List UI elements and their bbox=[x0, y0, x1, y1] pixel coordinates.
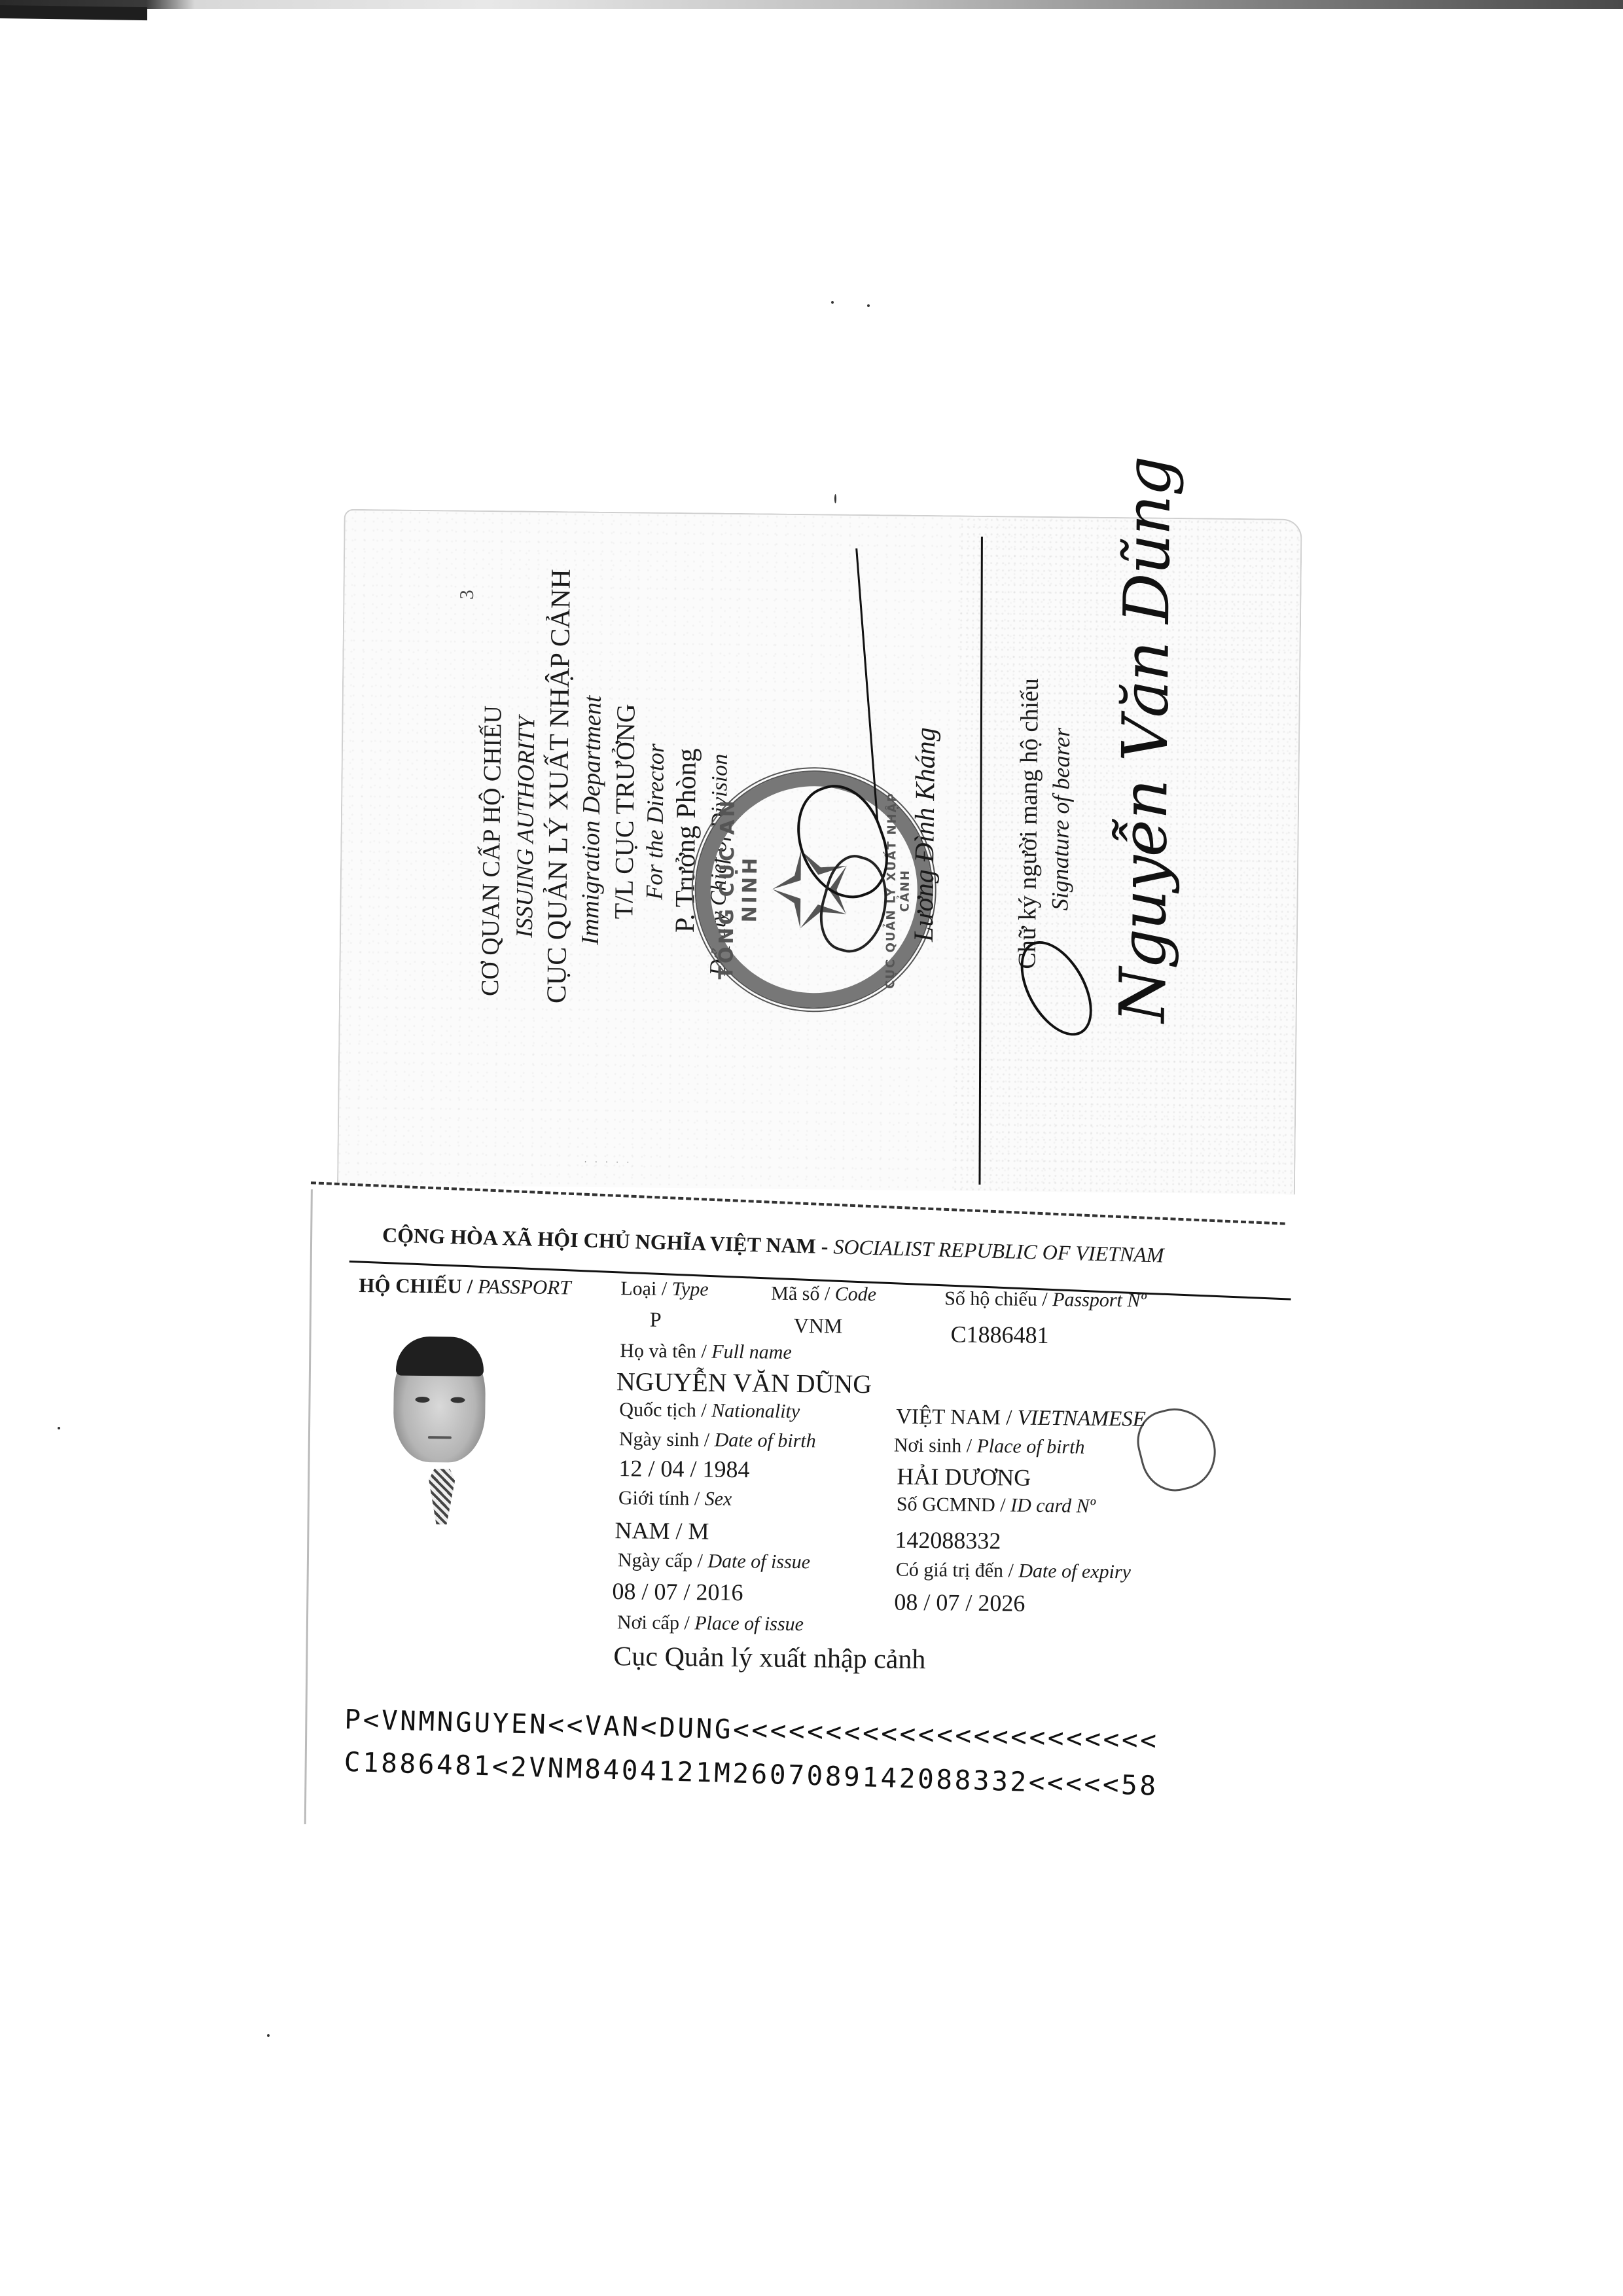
place-of-issue-value: Cục Quản lý xuất nhập cảnh bbox=[613, 1641, 926, 1676]
department-en: Immigration Department bbox=[578, 695, 605, 944]
full-name-label: Họ và tên / Full name bbox=[620, 1340, 792, 1364]
for-director-vi: T/L CỤC TRƯỞNG bbox=[611, 704, 639, 919]
place-of-birth-value: HẢI DƯƠNG bbox=[897, 1463, 1031, 1492]
for-director-en: For the Director bbox=[643, 744, 668, 900]
page-number: 3 bbox=[456, 590, 478, 600]
nationality-value: VIỆT NAM / VIETNAMESE bbox=[896, 1405, 1146, 1432]
scanner-edge-shadow bbox=[0, 5, 147, 20]
scan-speck bbox=[58, 1427, 60, 1429]
signatory-name: Lương Đình Kháng bbox=[910, 727, 940, 942]
mrz-line-2: C1886481<2VNM8404121M2607089142088332<<<… bbox=[344, 1746, 1158, 1802]
bearer-photo bbox=[383, 1318, 509, 1522]
mrz-line-1: P<VNMNGUYEN<<VAN<DUNG<<<<<<<<<<<<<<<<<<<… bbox=[344, 1704, 1159, 1757]
id-card-value: 142088332 bbox=[895, 1526, 1001, 1555]
scan-speck bbox=[831, 301, 834, 304]
passport-scan: 3 CƠ QUAN CẤP HỘ CHIẾU ISSUING AUTHORITY… bbox=[287, 505, 1309, 1864]
bearer-signature: Nguyễn Văn Dũng bbox=[1106, 457, 1185, 1023]
date-of-expiry-label: Có giá trị đến / Date of expiry bbox=[896, 1559, 1131, 1584]
code-value: VNM bbox=[794, 1314, 843, 1338]
date-of-expiry-value: 08 / 07 / 2026 bbox=[894, 1588, 1025, 1617]
passport-no-label: Số hộ chiếu / Passport Nº bbox=[944, 1287, 1147, 1312]
document-title: HỘ CHIẾU / PASSPORT bbox=[359, 1274, 571, 1299]
bearer-signature-label-vi: Chữ ký người mang hộ chiếu bbox=[1014, 678, 1043, 969]
photo-eye bbox=[450, 1397, 465, 1403]
type-label: Loại / Type bbox=[620, 1278, 709, 1300]
scan-speck bbox=[267, 2034, 270, 2037]
dob-label: Ngày sinh / Date of birth bbox=[619, 1428, 816, 1452]
photo-tie bbox=[429, 1469, 455, 1524]
id-card-label: Số GCMND / ID card Nº bbox=[897, 1494, 1096, 1518]
issuing-authority-vi: CƠ QUAN CẤP HỘ CHIẾU bbox=[478, 706, 506, 996]
nationality-label: Quốc tịch / Nationality bbox=[619, 1399, 800, 1423]
passport-data-page: CỘNG HÒA XÃ HỘI CHỦ NGHĨA VIỆT NAM - SOC… bbox=[307, 1189, 1292, 1854]
full-name-value: NGUYỄN VĂN DŨNG bbox=[616, 1366, 872, 1399]
place-of-issue-label: Nơi cấp / Place of issue bbox=[617, 1611, 804, 1636]
scan-speck bbox=[834, 494, 836, 503]
passport-signature-page: 3 CƠ QUAN CẤP HỘ CHIẾU ISSUING AUTHORITY… bbox=[337, 509, 1302, 1194]
sex-value: NAM / M bbox=[615, 1516, 709, 1545]
passport-no-value: C1886481 bbox=[950, 1320, 1048, 1349]
type-value: P bbox=[650, 1308, 662, 1332]
date-of-issue-value: 08 / 07 / 2016 bbox=[612, 1577, 743, 1606]
seal-top-text: TỔNG CỤC AN NINH bbox=[695, 770, 763, 1007]
department-vi: CỤC QUẢN LÝ XUẤT NHẬP CẢNH bbox=[543, 569, 575, 1003]
photo-mouth bbox=[428, 1436, 452, 1439]
scan-speck bbox=[867, 304, 870, 307]
faint-print-marks: · · · · · bbox=[584, 1158, 632, 1169]
date-of-issue-label: Ngày cấp / Date of issue bbox=[618, 1549, 810, 1573]
issuing-authority-en: ISSUING AUTHORITY bbox=[512, 716, 539, 938]
photo-eye bbox=[415, 1397, 429, 1403]
code-label: Mã số / Code bbox=[771, 1283, 876, 1306]
scanner-edge bbox=[0, 0, 1623, 9]
place-of-birth-label: Nơi sinh / Place of birth bbox=[894, 1435, 1085, 1459]
sex-label: Giới tính / Sex bbox=[618, 1487, 732, 1511]
bearer-signature-label-en: Signature of bearer bbox=[1048, 728, 1073, 911]
dob-value: 12 / 04 / 1984 bbox=[618, 1454, 749, 1483]
country-heading: CỘNG HÒA XÃ HỘI CHỦ NGHĨA VIỆT NAM - SOC… bbox=[382, 1223, 1164, 1267]
photo-hair bbox=[396, 1336, 484, 1376]
